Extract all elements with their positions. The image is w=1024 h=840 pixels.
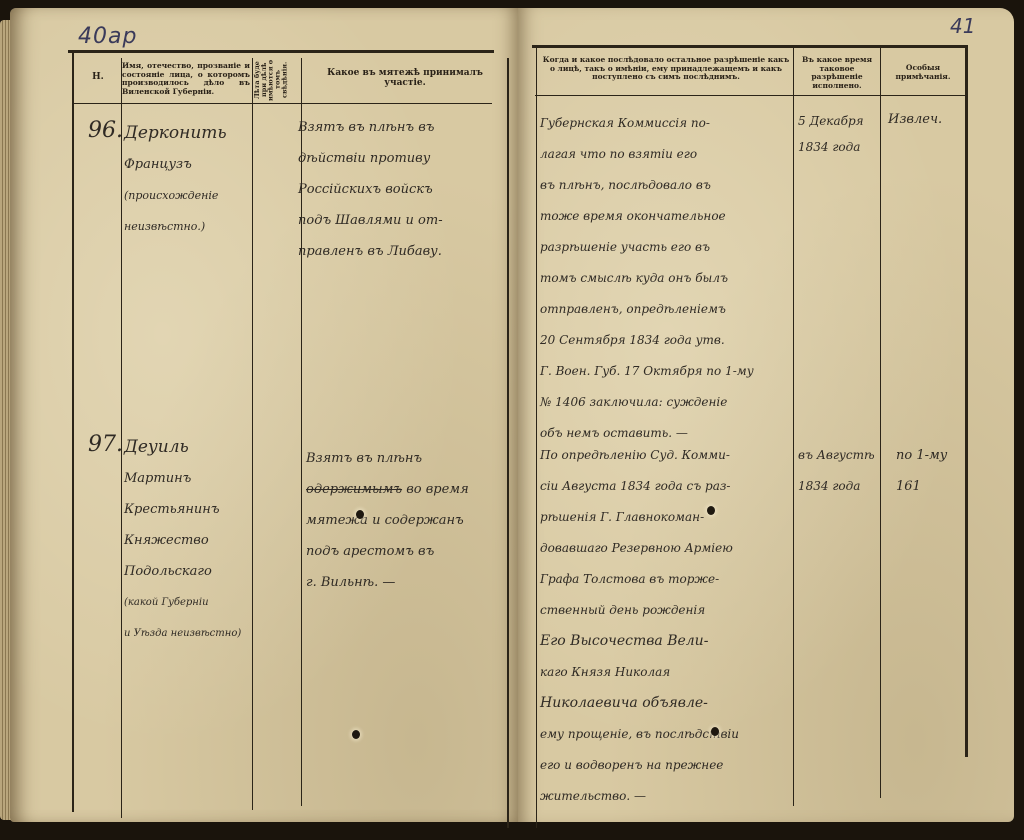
- resolution-line: сіи Августа 1834 года съ раз-: [540, 471, 739, 502]
- col-rule-resolution: [793, 48, 794, 806]
- executed-line: 1834 года: [798, 471, 875, 502]
- resolution-line: жительство. —: [540, 781, 739, 812]
- resolution-line: ему прощеніе, въ послѣдствіи: [540, 719, 739, 750]
- resolution-line: разрѣшеніе участь его въ: [540, 232, 754, 263]
- name-line: (какой Губерніи: [124, 587, 241, 618]
- header-number: Н.: [78, 72, 118, 82]
- participation-line: г. Вильнѣ. —: [306, 567, 469, 598]
- open-ledger-book: 40ар 41 Н. Имя, отечество, прозваніе и с…: [0, 0, 1024, 840]
- header-remarks: Особыя примѣчанія.: [882, 64, 964, 81]
- name-line: неизвѣстно.): [124, 211, 227, 242]
- paper-hole: [356, 510, 364, 519]
- name-line: Крестьянинъ: [124, 494, 241, 525]
- resolution-line: каго Князя Николая: [540, 657, 739, 688]
- entry-remarks: Извлеч.: [888, 112, 942, 127]
- participation-line: Россійскихъ войскъ: [298, 174, 443, 205]
- folio-number-left: 40ар: [78, 24, 137, 49]
- resolution-line: Г. Воен. Губ. 17 Октября по 1-му: [540, 356, 754, 387]
- name-line: и Уѣзда неизвѣстно): [124, 618, 241, 649]
- entry-number: 96.: [88, 118, 123, 143]
- resolution-line: 20 Сентября 1834 года утв.: [540, 325, 754, 356]
- name-line: Мартинъ: [124, 463, 241, 494]
- top-border-rule-left: [68, 50, 494, 53]
- name-line: Деуиль: [124, 432, 241, 463]
- remarks-line: по 1-му: [896, 440, 947, 471]
- participation-line: Взятъ въ плѣнъ: [306, 443, 469, 474]
- paper-hole: [352, 730, 360, 739]
- folio-number-right: 41: [950, 14, 975, 38]
- participation-line: дѣйствіи противу: [298, 143, 443, 174]
- header-participation: Какое въ мятежѣ принималъ участіе.: [305, 68, 505, 89]
- executed-line: 5 Декабря: [798, 108, 864, 134]
- col-rule-outer-left: [72, 52, 74, 812]
- header-name: Имя, отечество, прозваніе и состояніе ли…: [122, 62, 250, 97]
- participation-line: Взятъ въ плѣнъ въ: [298, 112, 443, 143]
- executed-line: 1834 года: [798, 134, 864, 160]
- participation-line: мятежа и содержанъ: [306, 505, 469, 536]
- header-vertical-note: Лѣта буде при дѣлѣ имѣются о томъ свѣдѣн…: [254, 58, 299, 102]
- resolution-line: Его Высочества Вели-: [540, 626, 739, 657]
- executed-line: въ Августѣ: [798, 440, 875, 471]
- col-rule-participation: [507, 58, 509, 828]
- entry-number: 97.: [88, 432, 123, 457]
- col-rule-executed: [880, 48, 881, 798]
- entry-executed: въ Августѣ 1834 года: [798, 440, 875, 502]
- entry-participation: Взятъ въ плѣнъ въ дѣйствіи противу Россі…: [298, 112, 443, 267]
- resolution-line: въ плѣнъ, послѣдовало въ: [540, 170, 754, 201]
- resolution-line: отправленъ, опредѣленіемъ: [540, 294, 754, 325]
- entry-resolution: По опредѣленію Суд. Комми- сіи Августа 1…: [540, 440, 739, 812]
- participation-line: подъ арестомъ въ: [306, 536, 469, 567]
- resolution-line: № 1406 заключила: сужденіе: [540, 387, 754, 418]
- participation-line: подъ Шавлями и от-: [298, 205, 443, 236]
- entry-resolution: Губернская Коммиссія по- лагая что по вз…: [540, 108, 754, 449]
- col-rule-name: [252, 58, 253, 810]
- struck-word: одержимымъ: [306, 482, 402, 497]
- col-rule-resolution-left: [536, 48, 537, 828]
- resolution-line: тоже время окончательное: [540, 201, 754, 232]
- header-bottom-rule-right: [535, 95, 967, 96]
- name-line: Французъ: [124, 149, 227, 180]
- resolution-line: Николаевича объявле-: [540, 688, 739, 719]
- resolution-line: ственный день рожденія: [540, 595, 739, 626]
- entry-remarks: по 1-му 161: [896, 440, 947, 502]
- header-resolution: Когда и какое послѣдовало остальное разр…: [540, 56, 792, 82]
- resolution-line: лагая что по взятіи его: [540, 139, 754, 170]
- header-bottom-rule-left: [72, 103, 492, 104]
- resolution-line: томъ смыслѣ куда онъ былъ: [540, 263, 754, 294]
- name-line: Дерконить: [124, 118, 227, 149]
- participation-word: во время: [406, 482, 469, 497]
- resolution-line: довавшаго Резервною Арміею: [540, 533, 739, 564]
- entry-executed: 5 Декабря 1834 года: [798, 108, 864, 160]
- entry-participation: Взятъ въ плѣнъ одержимымъ во время мятеж…: [306, 443, 469, 598]
- header-executed: Въ какое время таковое разрѣшеніе исполн…: [795, 56, 879, 91]
- top-border-rule-right: [532, 45, 968, 48]
- participation-line: одержимымъ во время: [306, 474, 469, 505]
- remarks-line: 161: [896, 471, 947, 502]
- name-line: Подольскаго: [124, 556, 241, 587]
- col-rule-outer-right: [965, 45, 968, 757]
- paper-hole: [711, 727, 719, 736]
- resolution-line: Графа Толстова въ торже-: [540, 564, 739, 595]
- name-line: (происхожденіе: [124, 180, 227, 211]
- participation-line: правленъ въ Либаву.: [298, 236, 443, 267]
- name-line: Княжество: [124, 525, 241, 556]
- entry-name: Дерконить Французъ (происхожденіе неизвѣ…: [124, 118, 227, 242]
- resolution-line: По опредѣленію Суд. Комми-: [540, 440, 739, 471]
- paper-hole: [707, 506, 715, 515]
- entry-name: Деуиль Мартинъ Крестьянинъ Княжество Под…: [124, 432, 241, 649]
- resolution-line: его и водворенъ на прежнее: [540, 750, 739, 781]
- resolution-line: Губернская Коммиссія по-: [540, 108, 754, 139]
